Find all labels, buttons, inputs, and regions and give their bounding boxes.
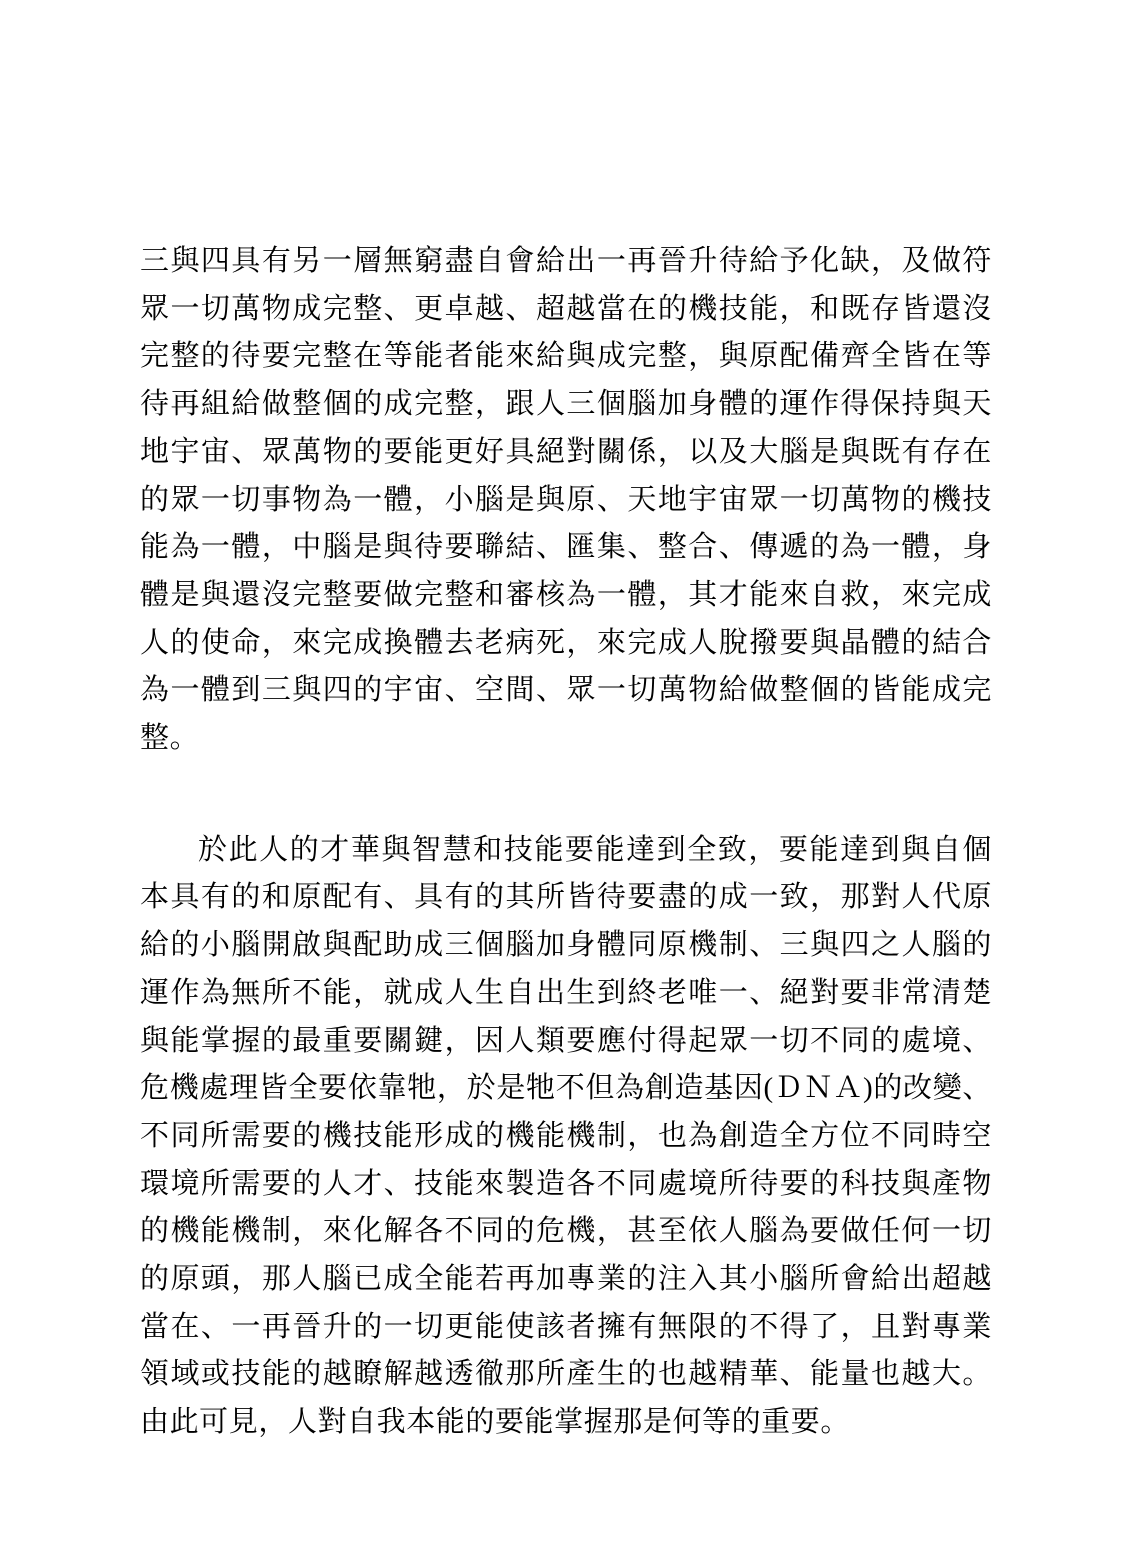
document-page: 三與四具有另一層無窮盡自會給出一再晉升待給予化缺，及做符眾一切萬物成完整、更卓越… <box>0 0 1128 1565</box>
text-block: 三與四具有另一層無窮盡自會給出一再晉升待給予化缺，及做符眾一切萬物成完整、更卓越… <box>140 238 992 1447</box>
paragraph-2: 於此人的才華與智慧和技能要能達到全致，要能達到與自個本具有的和原配有、具有的其所… <box>140 827 992 1447</box>
paragraph-1: 三與四具有另一層無窮盡自會給出一再晉升待給予化缺，及做符眾一切萬物成完整、更卓越… <box>140 238 992 763</box>
